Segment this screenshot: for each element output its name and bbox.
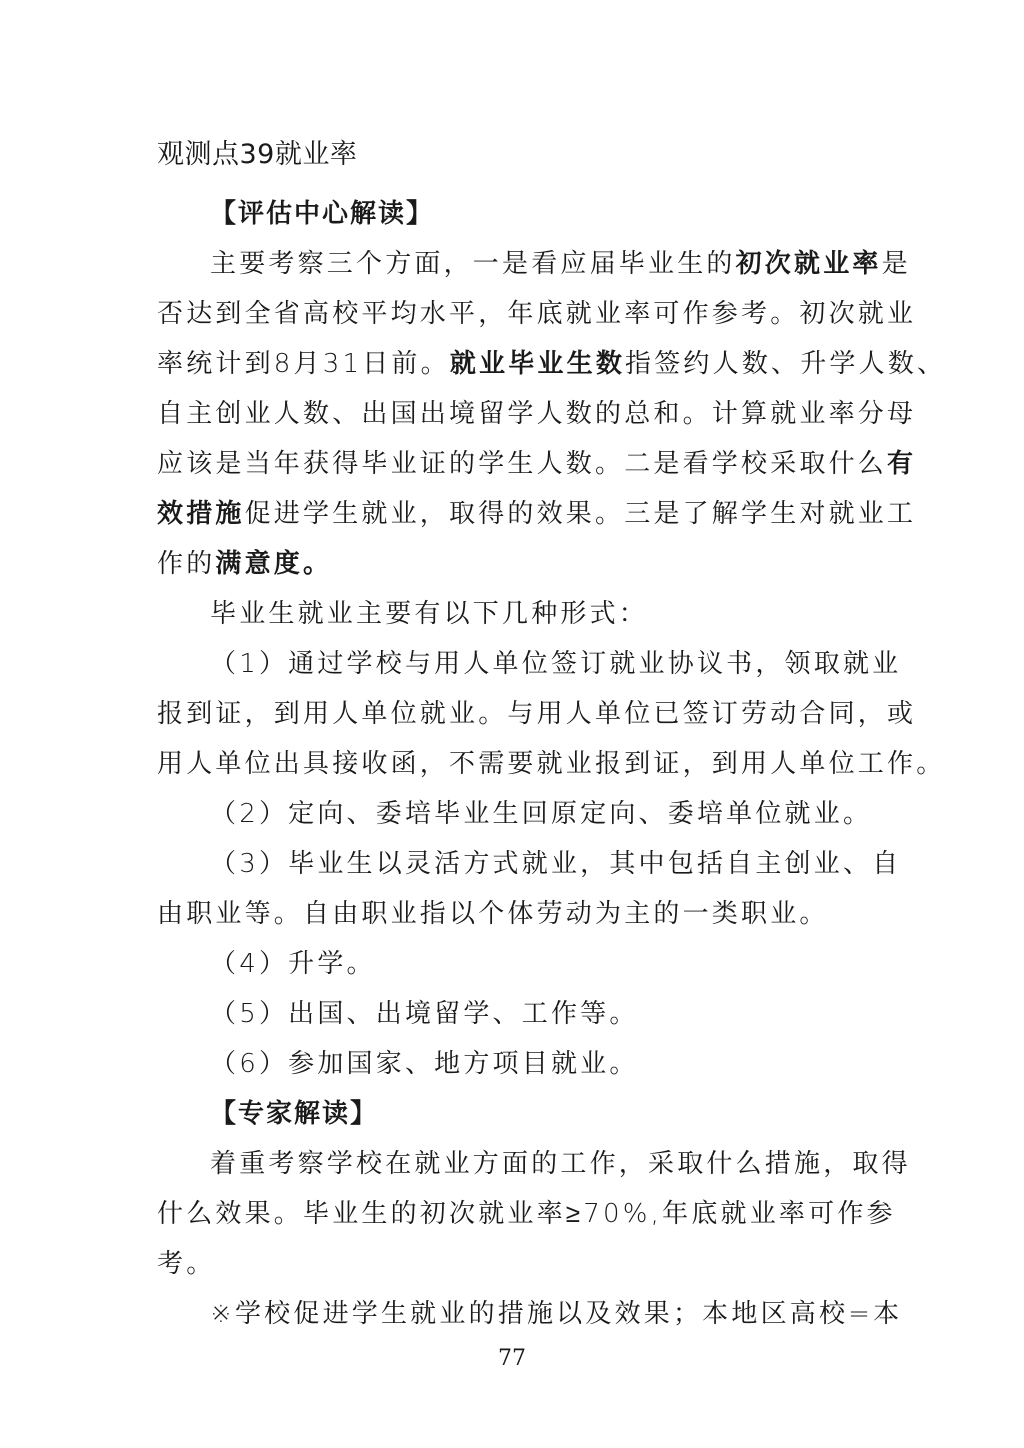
list-item-5: （5）出国、出境留学、工作等。	[210, 998, 870, 1030]
emphasis-text: 有	[887, 449, 916, 479]
section-heading-expert: 【专家解读】	[210, 1098, 378, 1130]
paragraph-line: 自主创业人数、出国出境留学人数的总和。计算就业率分母	[157, 398, 869, 430]
section-heading-assessment-center: 【评估中心解读】	[210, 198, 434, 230]
emphasis-text: 就业毕业生数	[450, 349, 625, 379]
paragraph-line: 毕业生就业主要有以下几种形式：	[210, 598, 870, 630]
paragraph-line: 效措施促进学生就业，取得的效果。三是了解学生对就业工	[157, 498, 869, 530]
paragraph-line: 应该是当年获得毕业证的学生人数。二是看学校采取什么有	[157, 448, 869, 480]
paragraph-line: 着重考察学校在就业方面的工作，采取什么措施，取得	[210, 1148, 870, 1180]
document-page: 观测点39就业率 【评估中心解读】 主要考察三个方面，一是看应届毕业生的初次就业…	[0, 0, 1024, 1448]
list-item-6: （6）参加国家、地方项目就业。	[210, 1048, 870, 1080]
paragraph-line: 什么效果。毕业生的初次就业率≥70%,年底就业率可作参	[157, 1198, 869, 1230]
emphasis-text: 初次就业率	[736, 249, 882, 279]
emphasis-text: 满意度。	[215, 549, 332, 579]
list-item-1-line: 用人单位出具接收函，不需要就业报到证，到用人单位工作。	[157, 748, 869, 780]
list-item-1-line: 报到证，到用人单位就业。与用人单位已签订劳动合同，或	[157, 698, 869, 730]
paragraph-line: 作的满意度。	[157, 548, 869, 580]
list-item-3-line: 由职业等。自由职业指以个体劳动为主的一类职业。	[157, 898, 869, 930]
note-line: ※学校促进学生就业的措施以及效果；本地区高校=本	[210, 1298, 870, 1330]
list-item-2: （2）定向、委培毕业生回原定向、委培单位就业。	[210, 798, 870, 830]
list-item-3-line: （3）毕业生以灵活方式就业，其中包括自主创业、自	[210, 848, 870, 880]
observation-point-title: 观测点39就业率	[157, 138, 357, 172]
paragraph-line: 否达到全省高校平均水平，年底就业率可作参考。初次就业	[157, 298, 869, 330]
list-item-1-line: （1）通过学校与用人单位签订就业协议书，领取就业	[210, 648, 870, 680]
paragraph-line: 考。	[157, 1248, 869, 1280]
emphasis-text: 效措施	[157, 499, 245, 529]
list-item-4: （4）升学。	[210, 948, 870, 980]
page-number: 77	[0, 1346, 1024, 1371]
paragraph-line: 率统计到8月31日前。就业毕业生数指签约人数、升学人数、	[157, 348, 869, 380]
paragraph-line: 主要考察三个方面，一是看应届毕业生的初次就业率是	[210, 248, 870, 280]
